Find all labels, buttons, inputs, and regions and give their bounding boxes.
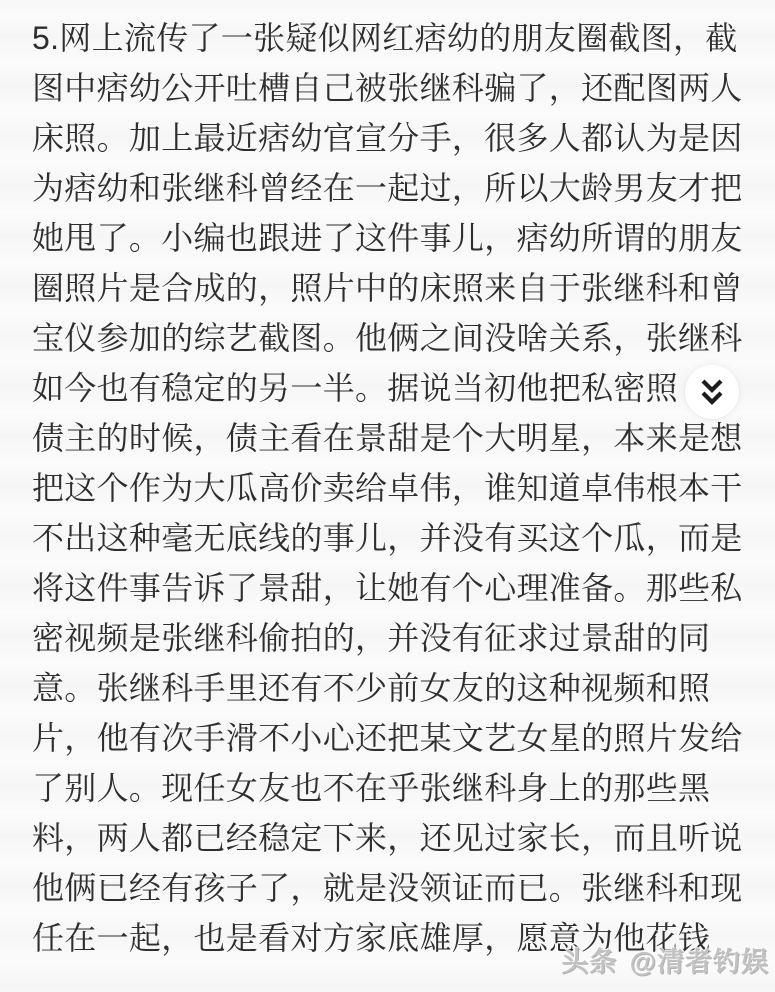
text-line: 圈照片是合成的，照片中的床照来自于张继科和曾 xyxy=(32,263,747,313)
watermark-handle: @清者钓娱 xyxy=(630,947,769,977)
expand-button[interactable] xyxy=(685,365,739,419)
text-line: 意。张继科手里还有不少前女友的这种视频和照 xyxy=(32,663,747,713)
text-line: 将这件事告诉了景甜，让她有个心理准备。那些私 xyxy=(32,563,747,613)
double-chevron-down-icon xyxy=(700,377,724,407)
text-line: 债主的时候，债主看在景甜是个大明星，本来是想 xyxy=(32,413,747,463)
text-line: 不出这种毫无底线的事儿，并没有买这个瓜，而是 xyxy=(32,513,747,563)
text-line: 宝仪参加的综艺截图。他俩之间没啥关系，张继科 xyxy=(32,313,747,363)
text-line: 图中痞幼公开吐槽自己被张继科骗了，还配图两人 xyxy=(32,63,747,113)
text-line: 他俩已经有孩子了，就是没领证而已。张继科和现 xyxy=(32,863,747,913)
text-line: 了别人。现任女友也不在乎张继科身上的那些黑 xyxy=(32,763,747,813)
text-line: 片，他有次手滑不小心还把某文艺女星的照片发给 xyxy=(32,713,747,763)
article-text: 5.网上流传了一张疑似网红痞幼的朋友圈截图，截图中痞幼公开吐槽自己被张继科骗了，… xyxy=(32,13,747,963)
text-line: 床照。加上最近痞幼官宣分手，很多人都认为是因 xyxy=(32,113,747,163)
text-line: 料，两人都已经稳定下来，还见过家长，而且听说 xyxy=(32,813,747,863)
watermark-brand: 头条 xyxy=(561,947,617,977)
watermark: 头条 @清者钓娱 xyxy=(557,940,769,979)
text-line: 为痞幼和张继科曾经在一起过，所以大龄男友才把 xyxy=(32,163,747,213)
article-screenshot: 5.网上流传了一张疑似网红痞幼的朋友圈截图，截图中痞幼公开吐槽自己被张继科骗了，… xyxy=(0,0,775,992)
text-line: 如今也有稳定的另一半。据说当初他把私密照 xyxy=(32,363,747,413)
text-line: 5.网上流传了一张疑似网红痞幼的朋友圈截图，截 xyxy=(32,13,747,63)
text-line: 密视频是张继科偷拍的，并没有征求过景甜的同 xyxy=(32,613,747,663)
text-line: 她甩了。小编也跟进了这件事儿，痞幼所谓的朋友 xyxy=(32,213,747,263)
text-line: 把这个作为大瓜高价卖给卓伟，谁知道卓伟根本干 xyxy=(32,463,747,513)
